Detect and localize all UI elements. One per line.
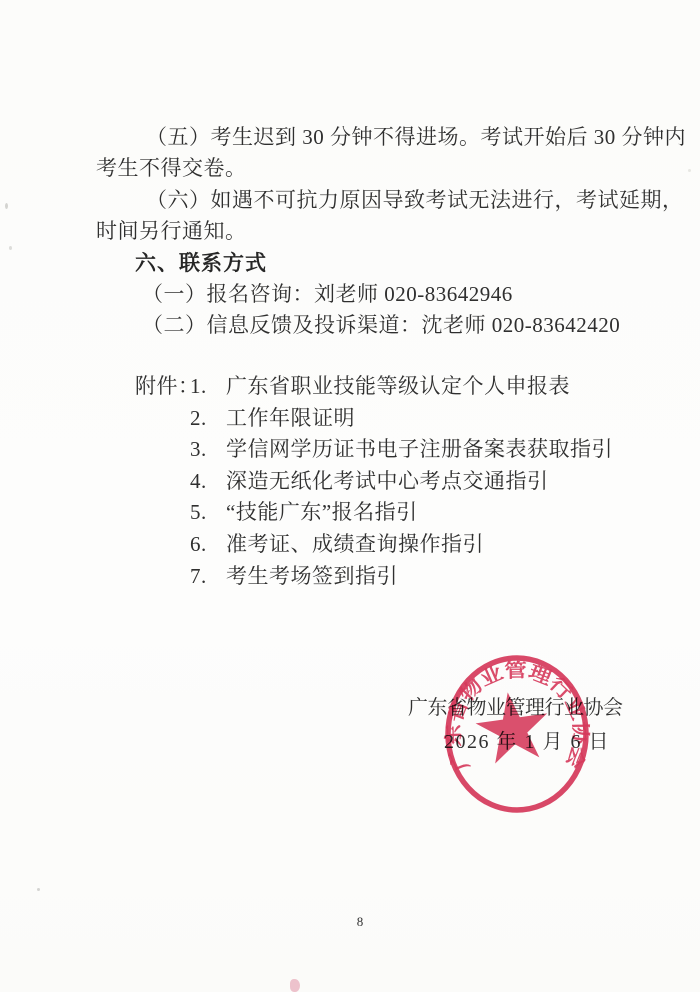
- contact-line-1: （一）报名咨询：刘老师 020-83642946: [96, 279, 656, 310]
- scan-speck: [290, 979, 300, 992]
- attachment-number: 7.: [190, 561, 226, 593]
- paragraph-5-line-2: 考生不得交卷。: [96, 153, 656, 184]
- attachment-item: 2.工作年限证明: [135, 403, 613, 435]
- attachment-text: 工作年限证明: [226, 406, 355, 430]
- attachment-text: 深造无纸化考试中心考点交通指引: [226, 469, 549, 493]
- paragraph-6-line-1: （六）如遇不可抗力原因导致考试无法进行，考试延期，: [96, 185, 656, 216]
- paragraph-6-line-2: 时间另行通知。: [96, 216, 656, 247]
- body-text-block: （五）考生迟到 30 分钟不得进场。考试开始后 30 分钟内 考生不得交卷。 （…: [96, 122, 656, 342]
- attachment-item: 附件：1.广东省职业技能等级认定个人申报表: [135, 371, 613, 403]
- attachment-number: 4.: [190, 466, 226, 498]
- document-page: （五）考生迟到 30 分钟不得进场。考试开始后 30 分钟内 考生不得交卷。 （…: [0, 0, 700, 992]
- attachment-item: 7.考生考场签到指引: [135, 561, 613, 593]
- attachments-list: 附件：1.广东省职业技能等级认定个人申报表 2.工作年限证明 3.学信网学历证书…: [135, 371, 613, 592]
- attachment-number: 2.: [190, 403, 226, 435]
- signature-date: 2026 年 1 月 6 日: [444, 725, 610, 754]
- attachment-text: 准考证、成绩查询操作指引: [226, 532, 484, 556]
- page-number: 8: [350, 914, 370, 930]
- attachment-item: 6.准考证、成绩查询操作指引: [135, 529, 613, 561]
- attachment-number: 6.: [190, 529, 226, 561]
- scan-speck: [37, 888, 40, 891]
- attachment-number: 1.: [190, 371, 226, 403]
- scan-speck: [5, 203, 8, 209]
- attachment-number: 3.: [190, 434, 226, 466]
- signature-organization: 广东省物业管理行业协会: [408, 691, 623, 720]
- attachment-text: “技能广东”报名指引: [226, 500, 418, 524]
- attachment-text: 考生考场签到指引: [226, 564, 398, 588]
- contact-line-2: （二）信息反馈及投诉渠道：沈老师 020-83642420: [96, 310, 656, 341]
- paragraph-5-line-1: （五）考生迟到 30 分钟不得进场。考试开始后 30 分钟内: [96, 122, 656, 153]
- attachment-item: 5.“技能广东”报名指引: [135, 497, 613, 529]
- attachment-text: 学信网学历证书电子注册备案表获取指引: [226, 437, 613, 461]
- attachment-item: 3.学信网学历证书电子注册备案表获取指引: [135, 434, 613, 466]
- scan-speck: [9, 246, 12, 250]
- attachment-text: 广东省职业技能等级认定个人申报表: [226, 374, 570, 398]
- section-heading: 六、联系方式: [96, 248, 656, 279]
- scan-speck: [688, 169, 691, 172]
- attachment-item: 4.深造无纸化考试中心考点交通指引: [135, 466, 613, 498]
- attachment-number: 5.: [190, 497, 226, 529]
- attachments-label: 附件：: [135, 371, 190, 403]
